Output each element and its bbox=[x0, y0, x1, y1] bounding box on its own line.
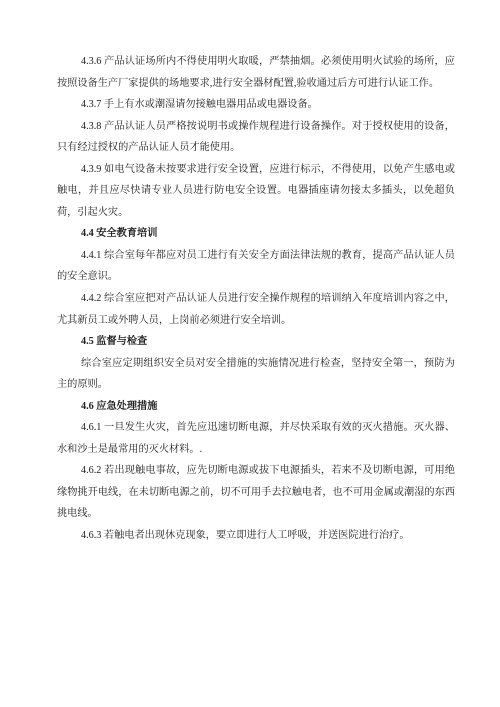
body-paragraph: 4.6.3 若触电者出现休克现象，要立即进行人工呼吸，并送医院进行治疗。 bbox=[57, 525, 455, 547]
section-heading: 4.5 监督与检查 bbox=[57, 331, 455, 353]
body-paragraph: 4.3.6 产品认证场所内不得使用明火取暖，严禁抽烟。必须使用明火试验的场所，应… bbox=[57, 51, 455, 94]
body-paragraph: 4.3.8 产品认证人员严格按说明书或操作规程进行设备操作。对于授权使用的设备，… bbox=[57, 116, 455, 159]
body-paragraph: 4.4.1 综合室每年都应对员工进行有关安全方面法律法规的教育，提高产品认证人员… bbox=[57, 245, 455, 288]
body-paragraph: 4.6.1 一旦发生火灾，首先应迅速切断电源，并尽快采取有效的灭火措施。灭火器、… bbox=[57, 417, 455, 460]
body-paragraph: 4.6.2 若出现触电事故，应先切断电源或拔下电源插头，若来不及切断电源，可用绝… bbox=[57, 460, 455, 525]
section-heading: 4.6 应急处理措施 bbox=[57, 396, 455, 418]
page-content: 4.3.6 产品认证场所内不得使用明火取暖，严禁抽烟。必须使用明火试验的场所，应… bbox=[57, 51, 455, 547]
document-page: 4.3.6 产品认证场所内不得使用明火取暖，严禁抽烟。必须使用明火试验的场所，应… bbox=[0, 0, 500, 707]
body-paragraph: 4.3.7 手上有水或潮湿请勿接触电器用品或电器设备。 bbox=[57, 94, 455, 116]
body-paragraph: 4.3.9 如电气设备未按要求进行安全设置，应进行标示，不得使用，以免产生感电或… bbox=[57, 159, 455, 224]
section-heading: 4.4 安全教育培训 bbox=[57, 223, 455, 245]
body-paragraph: 综合室应定期组织安全员对安全措施的实施情况进行检查，坚持安全第一，预防为主的原则… bbox=[57, 353, 455, 396]
body-paragraph: 4.4.2 综合室应把对产品认证人员进行安全操作规程的培训纳入年度培训内容之中，… bbox=[57, 288, 455, 331]
